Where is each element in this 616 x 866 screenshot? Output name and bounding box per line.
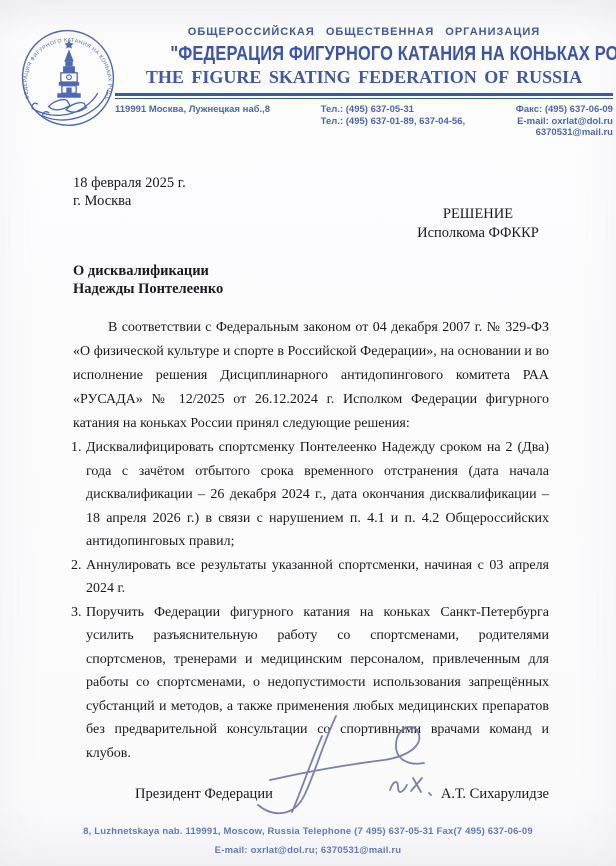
list-item-number: 1. <box>71 436 82 460</box>
phone-line-1: Тел.: (495) 637-05-31 <box>321 104 465 116</box>
letter-city: г. Москва <box>73 192 186 210</box>
letter-footer: 8, Luzhnetskaya nab. 119991, Moscow, Rus… <box>0 822 616 860</box>
list-item: 2. Аннулировать все результаты указанной… <box>73 554 549 601</box>
list-item-number: 3. <box>71 601 82 625</box>
list-item-text: Дисквалифицировать спортсменку Понтелеен… <box>86 440 549 549</box>
decision-org: Исполкома ФФККР <box>368 224 588 243</box>
federation-title-en: THE FIGURE SKATING FEDERATION OF RUSSIA <box>115 67 613 88</box>
letter-date: 18 февраля 2025 г. <box>73 174 186 192</box>
subject-block: О дисквалификации Надежды Понтелеенко <box>73 262 223 298</box>
address-line: 119991 Москва, Лужнецкая наб.,8 <box>115 104 270 139</box>
email-line-2: 6370531@mail.ru <box>516 127 613 139</box>
subject-line-2: Надежды Понтелеенко <box>73 280 223 298</box>
footer-email-line: E-mail: oxrlat@dol.ru; 6370531@mail.ru <box>0 841 616 860</box>
date-place-block: 18 февраля 2025 г. г. Москва <box>73 174 186 210</box>
letter-page: ФЕДЕРАЦИЯ ФИГУРНОГО КАТАНИЯ НА КОНЬКАХ Р… <box>0 0 616 866</box>
phone-line-2: Тел.: (495) 637-01-89, 637-04-56, <box>321 116 465 128</box>
decision-title: РЕШЕНИЕ <box>368 205 588 224</box>
fax-email-block: Факс: (495) 637-06-09 E-mail: oxrlat@dol… <box>516 104 613 139</box>
subject-line-1: О дисквалификации <box>73 262 223 280</box>
kremlin-tower-icon <box>57 40 80 98</box>
federation-emblem-icon: ФЕДЕРАЦИЯ ФИГУРНОГО КАТАНИЯ НА КОНЬКАХ Р… <box>18 24 120 138</box>
svg-text:ФЕДЕРАЦИЯ ФИГУРНОГО КАТАНИЯ НА: ФЕДЕРАЦИЯ ФИГУРНОГО КАТАНИЯ НА КОНЬКАХ Р… <box>18 24 112 102</box>
fax-line: Факс: (495) 637-06-09 <box>516 104 613 116</box>
signer-name: А.Т. Сихарулидзе <box>441 786 549 803</box>
letterhead: ОБЩЕРОССИЙСКАЯ ОБЩЕСТВЕННАЯ ОРГАНИЗАЦИЯ … <box>115 26 613 139</box>
list-item-text: Аннулировать все результаты указанной сп… <box>86 558 549 597</box>
email-line-1: E-mail: oxrlat@dol.ru <box>516 116 613 128</box>
footer-address-line: 8, Luzhnetskaya nab. 119991, Moscow, Rus… <box>0 822 616 841</box>
org-type-line: ОБЩЕРОССИЙСКАЯ ОБЩЕСТВЕННАЯ ОРГАНИЗАЦИЯ <box>115 26 613 38</box>
letterhead-divider <box>115 93 613 99</box>
signer-role: Президент Федерации <box>73 786 273 803</box>
letterhead-contacts: 119991 Москва, Лужнецкая наб.,8 Тел.: (4… <box>115 104 613 139</box>
phone-block: Тел.: (495) 637-05-31 Тел.: (495) 637-01… <box>321 104 465 139</box>
federation-title-ru: "ФЕДЕРАЦИЯ ФИГУРНОГО КАТАНИЯ НА КОНЬКАХ … <box>115 43 613 66</box>
list-item: 1. Дисквалифицировать спортсменку Понтел… <box>73 436 549 554</box>
list-item-number: 2. <box>71 554 82 578</box>
handwritten-signature-icon <box>248 706 453 824</box>
intro-paragraph: В соответствии с Федеральным законом от … <box>73 316 549 436</box>
decision-heading: РЕШЕНИЕ Исполкома ФФККР <box>368 205 588 242</box>
